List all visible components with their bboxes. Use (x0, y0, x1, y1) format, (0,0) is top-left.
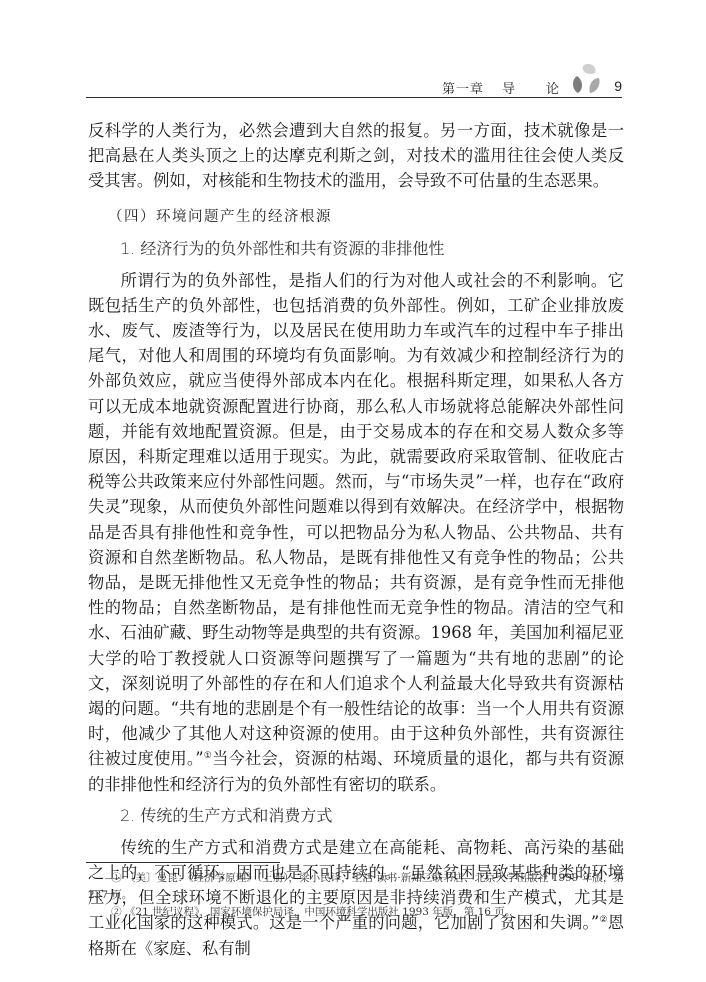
footnote-mark: ① (111, 872, 122, 884)
chapter-title-part-2: 论 (546, 82, 560, 97)
page-body: 反科学的人类行为，必然会遭到大自然的报复。另一方面，技术就像是一把高悬在人类头顶… (88, 118, 624, 961)
running-head: 第一章导论 (442, 78, 560, 97)
footnote-mark: ② (111, 906, 122, 918)
three-leaves-icon (566, 62, 606, 96)
chapter-title-part-1: 导 (502, 82, 516, 97)
chapter-label: 第一章 (442, 82, 484, 97)
footnote-2: ② 《21 世纪议程》，国家环境保护局译，中国环境科学出版社 1993 年版，第… (88, 904, 624, 921)
page-header: 第一章导论 9 (86, 62, 622, 98)
paragraph-text: 所谓行为的负外部性，是指人们的行为对他人或社会的不利影响。它既包括生产的负外部性… (88, 271, 624, 769)
footnote-text: 《21 世纪议程》，国家环境保护局译，中国环境科学出版社 1993 年版，第 1… (125, 906, 515, 918)
subsection-heading-2: 2. 传统的生产方式和消费方式 (88, 803, 624, 829)
paragraph-externality: 所谓行为的负外部性，是指人们的行为对他人或社会的不利影响。它既包括生产的负外部性… (88, 268, 624, 797)
footnote-ref-1[interactable]: ① (204, 751, 212, 761)
footnote-rule (86, 862, 280, 863)
subsection-heading-1: 1. 经济行为的负外部性和共有资源的非排他性 (88, 236, 624, 262)
footnotes: ① 〔美〕曼昆：《经济学原理》（上册），梁小民译，生活·读书·新知三联书店、北京… (88, 870, 624, 921)
paragraph-continued: 反科学的人类行为，必然会遭到大自然的报复。另一方面，技术就像是一把高悬在人类头顶… (88, 118, 624, 194)
section-heading: （四）环境问题产生的经济根源 (88, 204, 624, 230)
page-number: 9 (614, 78, 622, 94)
header-rule (86, 97, 622, 98)
footnote-text: 〔美〕曼昆：《经济学原理》（上册），梁小民译，生活·读书·新知三联书店、北京大学… (88, 872, 624, 901)
footnote-1: ① 〔美〕曼昆：《经济学原理》（上册），梁小民译，生活·读书·新知三联书店、北京… (88, 870, 624, 904)
